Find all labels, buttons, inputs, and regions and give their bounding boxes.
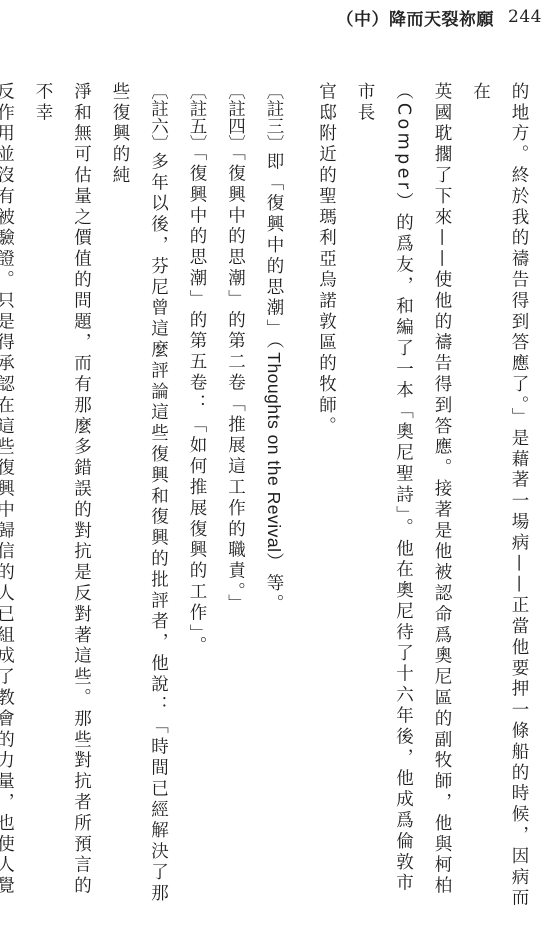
text-line: 官邸附近的聖瑪利亞烏諾敦區的牧師。 [307, 82, 346, 912]
footnote-text: 「復興中的思潮」的第二卷「推展這工作的職責。」 [226, 152, 246, 615]
text-line: 淨和無可估量之價值的問題，而有那麼多錯誤的對抗是反對著這些。那些對抗者所預言的不… [24, 82, 101, 912]
chapter-title: （中）降而天裂祢願 [337, 5, 495, 30]
footnote-4: 〔註四〕「復興中的思潮」的第二卷「推展這工作的職責。」 [216, 82, 255, 912]
footnote-text: 「復興中的思潮」的第五卷：「如何推展復興的工作」。 [187, 152, 207, 657]
footnote-latin-title: Thoughts on the Revival [264, 352, 284, 552]
section-gap [293, 82, 307, 912]
footnote-3: 〔註三〕即「復興中的思潮」（Thoughts on the Revival）等。 [255, 82, 294, 912]
body-paragraph: 的地方。終於我的禱告得到答應了。」是藉著一場病——正當他要押一條船的時候，因病而… [307, 82, 538, 912]
text-line: 英國耽擱了下來——使他的禱告得到答應。接著是他被認命爲奧尼區的副牧師，他與柯柏 [423, 82, 462, 912]
footnote-text: 即「復興中的思潮」（ [264, 152, 284, 352]
text-line: （Comper）的爲友，和編了一本「奧尼聖詩」。他在奧尼待了十六年後，他成爲倫敦… [346, 82, 423, 912]
footnote-label: 〔註六〕 [149, 82, 169, 152]
page-number: 244 [508, 7, 542, 27]
running-header: （中）降而天裂祢願 244 [337, 6, 542, 28]
text-line: 多年以後，芬尼曾這麼評論這些復興和復興的批評者，他說：「時間已經解決了那些復興的… [110, 82, 169, 904]
vertical-text-block: 的地方。終於我的禱告得到答應了。」是藉著一場病——正當他要押一條船的時候，因病而… [0, 82, 538, 912]
footnote-5: 〔註五〕「復興中的思潮」的第五卷：「如何推展復興的工作」。 [178, 82, 217, 912]
footnote-label: 〔註五〕 [187, 82, 207, 152]
text-line: 反作用並沒有被驗證。只是得承認在這些復興中歸信的人已組成了教會的力量，也使人覺得… [0, 82, 24, 912]
footnote-text: ）等。 [264, 552, 284, 615]
footnote-label: 〔註四〕 [226, 82, 246, 152]
text-line: 的地方。終於我的禱告得到答應了。」是藉著一場病——正當他要押一條船的時候，因病而… [461, 82, 538, 912]
footnote-label: 〔註三〕 [264, 82, 284, 152]
footnote-6: 〔註六〕多年以後，芬尼曾這麼評論這些復興和復興的批評者，他說：「時間已經解決了那… [0, 82, 178, 912]
